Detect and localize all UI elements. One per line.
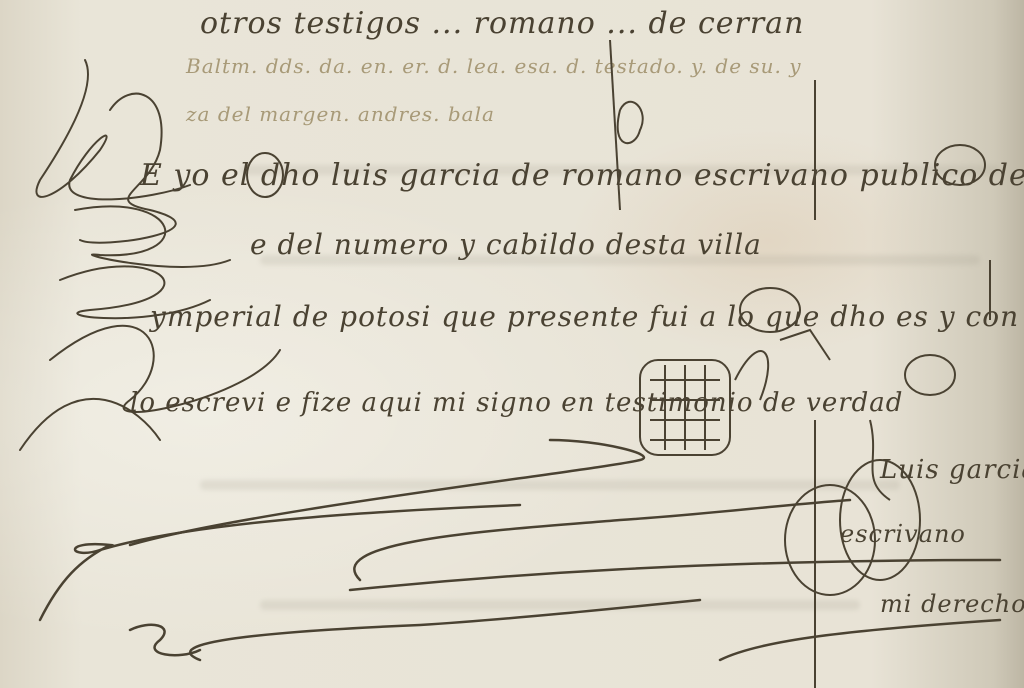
ink-flourishes bbox=[0, 0, 1024, 688]
signature-rubric-icon bbox=[785, 420, 920, 688]
manuscript-page: otros testigos ... romano ... de cerran … bbox=[0, 0, 1024, 688]
capital-letter-flourishes-icon bbox=[247, 40, 990, 395]
left-margin-rubric-icon bbox=[20, 60, 280, 450]
notarial-sign-icon bbox=[640, 330, 830, 455]
